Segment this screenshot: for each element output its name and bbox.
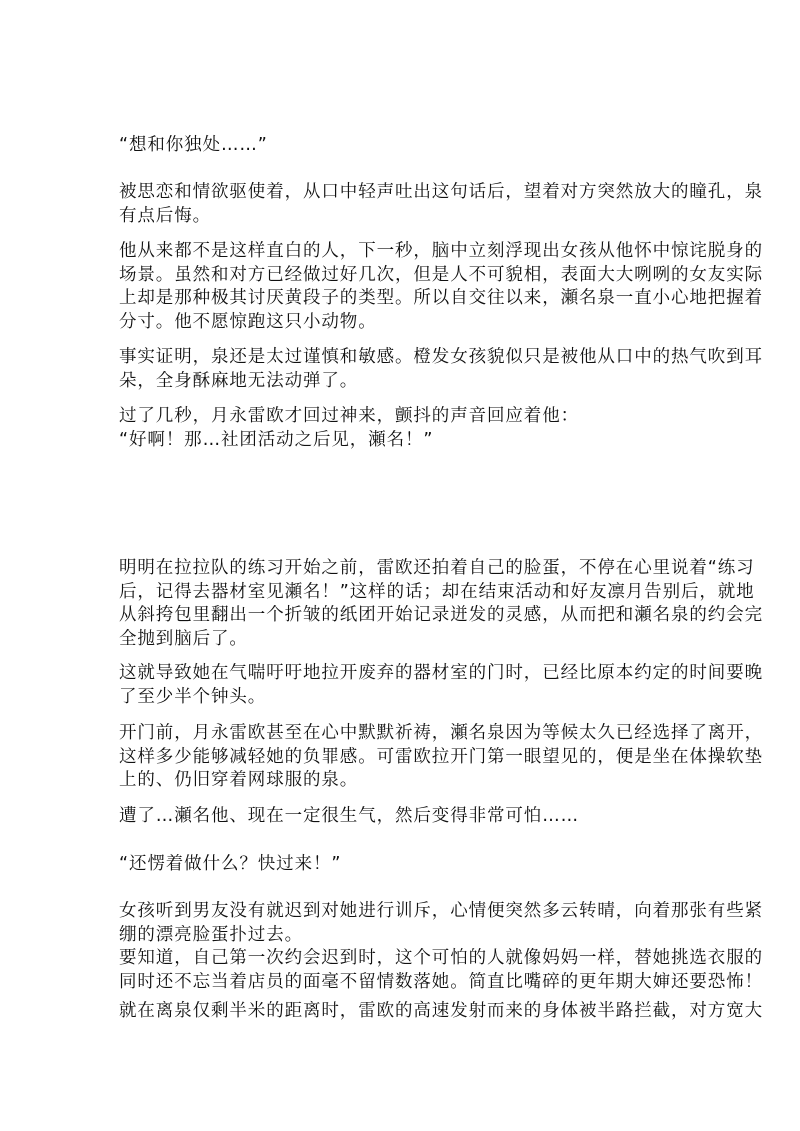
text-line: 过了几秒，月永雷欧才回过神来，颤抖的声音回应着他： — [119, 405, 684, 429]
text-line: “想和你独处……” — [119, 134, 684, 158]
text-line: 后，记得去器材室见瀬名！”这样的话；却在结束活动和好友凛月告别后，就地 — [119, 581, 684, 605]
text-line: 从斜挎包里翻出一个折皱的纸团开始记录迸发的灵感，从而把和瀬名泉的约会完 — [119, 604, 684, 628]
paragraph-12: 就在离泉仅剩半米的距离时，雷欧的高速发射而来的身体被半路拦截，对方宽大 — [119, 1000, 684, 1024]
text-line: 就在离泉仅剩半米的距离时，雷欧的高速发射而来的身体被半路拦截，对方宽大 — [119, 1000, 684, 1024]
paragraph-10: “还愣着做什么？快过来！” — [119, 853, 684, 877]
paragraph-1: “想和你独处……” — [119, 134, 684, 158]
paragraph-7: 这就导致她在气喘吁吁地拉开废弃的器材室的门时，已经比原本约定的时间要晚 了至少半… — [119, 662, 684, 709]
text-line: 事实证明，泉还是太过谨慎和敏感。橙发女孩貌似只是被他从口中的热气吹到耳 — [119, 346, 684, 370]
text-line: 有点后悔。 — [119, 205, 684, 229]
text-line: 这就导致她在气喘吁吁地拉开废弃的器材室的门时，已经比原本约定的时间要晚 — [119, 662, 684, 686]
text-line: 上的、仍旧穿着网球服的泉。 — [119, 769, 684, 793]
text-line: 绷的漂亮脸蛋扑过去。 — [119, 924, 684, 948]
document-page: “想和你独处……” 被思恋和情欲驱使着，从口中轻声吐出这句话后，望着对方突然放大… — [0, 0, 800, 1131]
text-line: 分寸。他不愿惊跑这只小动物。 — [119, 311, 684, 335]
text-line: 全抛到脑后了。 — [119, 628, 684, 652]
text-line: 了至少半个钟头。 — [119, 686, 684, 710]
text-line: 他从来都不是这样直白的人，下一秒，脑中立刻浮现出女孩从他怀中惊诧脱身的 — [119, 240, 684, 264]
text-line: 被思恋和情欲驱使着，从口中轻声吐出这句话后，望着对方突然放大的瞳孔，泉 — [119, 181, 684, 205]
paragraph-2: 被思恋和情欲驱使着，从口中轻声吐出这句话后，望着对方突然放大的瞳孔，泉 有点后悔… — [119, 181, 684, 228]
text-line: 上却是那种极其讨厌黄段子的类型。所以自交往以来，瀬名泉一直小心地把握着 — [119, 287, 684, 311]
paragraph-8: 开门前，月永雷欧甚至在心中默默祈祷，瀬名泉因为等候太久已经选择了离开， 这样多少… — [119, 722, 684, 793]
paragraph-3: 他从来都不是这样直白的人，下一秒，脑中立刻浮现出女孩从他怀中惊诧脱身的 场景。虽… — [119, 240, 684, 334]
paragraph-5: 过了几秒，月永雷欧才回过神来，颤抖的声音回应着他： “好啊！那…社团活动之后见，… — [119, 405, 684, 452]
text-line: “好啊！那…社团活动之后见，瀬名！” — [119, 429, 684, 453]
paragraph-4: 事实证明，泉还是太过谨慎和敏感。橙发女孩貌似只是被他从口中的热气吹到耳 朵，全身… — [119, 346, 684, 393]
text-line: 同时还不忘当着店员的面毫不留情数落她。简直比嘴碎的更年期大婶还要恐怖！ — [119, 971, 684, 995]
text-line: 女孩听到男友没有就迟到对她进行训斥，心情便突然多云转晴，向着那张有些紧 — [119, 900, 684, 924]
paragraph-6: 明明在拉拉队的练习开始之前，雷欧还拍着自己的脸蛋，不停在心里说着“练习 后，记得… — [119, 557, 684, 651]
text-line: 明明在拉拉队的练习开始之前，雷欧还拍着自己的脸蛋，不停在心里说着“练习 — [119, 557, 684, 581]
paragraph-9: 遭了…瀬名他、现在一定很生气，然后变得非常可怕…… — [119, 805, 684, 829]
text-line: 场景。虽然和对方已经做过好几次，但是人不可貌相，表面大大咧咧的女友实际 — [119, 264, 684, 288]
paragraph-11: 女孩听到男友没有就迟到对她进行训斥，心情便突然多云转晴，向着那张有些紧 绷的漂亮… — [119, 900, 684, 994]
text-line: 要知道，自己第一次约会迟到时，这个可怕的人就像妈妈一样，替她挑选衣服的 — [119, 947, 684, 971]
text-line: “还愣着做什么？快过来！” — [119, 853, 684, 877]
text-line: 遭了…瀬名他、现在一定很生气，然后变得非常可怕…… — [119, 805, 684, 829]
text-line: 开门前，月永雷欧甚至在心中默默祈祷，瀬名泉因为等候太久已经选择了离开， — [119, 722, 684, 746]
text-line: 这样多少能够减轻她的负罪感。可雷欧拉开门第一眼望见的，便是坐在体操软垫 — [119, 746, 684, 770]
text-line: 朵，全身酥麻地无法动弹了。 — [119, 370, 684, 394]
